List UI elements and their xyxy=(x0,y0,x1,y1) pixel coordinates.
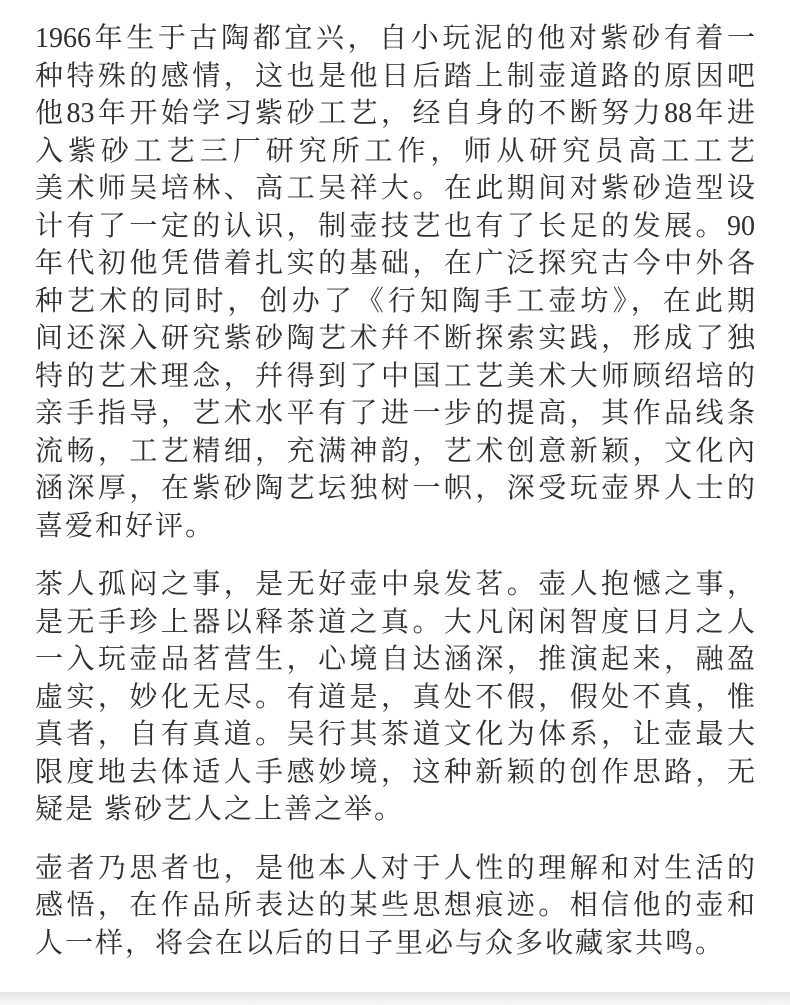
text-line: 种特殊的感情，这也是他日后踏上制壶道路的原因吧 xyxy=(35,58,755,96)
page-bottom-edge xyxy=(0,992,790,1005)
text-line: 是无手珍上器以释茶道之真。大凡闲闲智度日月之人 xyxy=(35,604,755,642)
text-line: 感悟，在作品所表达的某些思想痕迹。相信他的壶和 xyxy=(35,887,755,925)
text-line: 壶者乃思者也，是他本人对于人性的理解和对生活的 xyxy=(35,850,755,888)
text-line: 限度地去体适人手感妙境，这种新颖的创作思路，无 xyxy=(35,754,755,792)
text-line: 真者，自有真道。吴行其茶道文化为体系，让壶最大 xyxy=(35,716,755,754)
article-text: 1966年生于古陶都宜兴，自小玩泥的他对紫砂有着一种特殊的感情，这也是他日后踏上… xyxy=(35,20,755,962)
text-line: 年代初他凭借着扎实的基础，在广泛探究古今中外各 xyxy=(35,245,755,283)
text-line: 涵深厚，在紫砂陶艺坛独树一帜，深受玩壶界人士的 xyxy=(35,470,755,508)
text-line: 喜爱和好评。 xyxy=(35,508,755,546)
paragraph: 1966年生于古陶都宜兴，自小玩泥的他对紫砂有着一种特殊的感情，这也是他日后踏上… xyxy=(35,20,755,545)
text-line: 计有了一定的认识，制壶技艺也有了长足的发展。90 xyxy=(35,208,755,246)
text-line: 间还深入研究紫砂陶艺术幷不断探索实践，形成了独 xyxy=(35,320,755,358)
text-line: 他83年开始学习紫砂工艺，经自身的不断努力88年进 xyxy=(35,95,755,133)
paragraph: 壶者乃思者也，是他本人对于人性的理解和对生活的感悟，在作品所表达的某些思想痕迹。… xyxy=(35,850,755,963)
text-line: 特的艺术理念，幷得到了中国工艺美术大师顾绍培的 xyxy=(35,358,755,396)
text-line: 流畅，工艺精细，充满神韵，艺术创意新颖，文化內 xyxy=(35,433,755,471)
text-line: 茶人孤闷之事，是无好壶中泉发茗。壶人抱憾之事， xyxy=(35,566,755,604)
paragraph: 茶人孤闷之事，是无好壶中泉发茗。壶人抱憾之事，是无手珍上器以释茶道之真。大凡闲闲… xyxy=(35,566,755,829)
text-line: 种艺术的同时，创办了《行知陶手工壶坊》，在此期 xyxy=(35,283,755,321)
text-line: 虛实，妙化无尽。有道是，真处不假，假处不真，惟 xyxy=(35,679,755,717)
text-line: 疑是 紫砂艺人之上善之举。 xyxy=(35,791,755,829)
text-line: 人一样，将会在以后的日子里必与众多收藏家共鸣。 xyxy=(35,925,755,963)
text-line: 美术师吴培林、高工吴祥大。在此期间对紫砂造型设 xyxy=(35,170,755,208)
text-line: 一入玩壶品茗营生，心境自达涵深，推演起来，融盈 xyxy=(35,641,755,679)
text-line: 1966年生于古陶都宜兴，自小玩泥的他对紫砂有着一 xyxy=(35,20,755,58)
text-line: 亲手指导，艺术水平有了进一步的提高，其作品线条 xyxy=(35,395,755,433)
text-line: 入紫砂工艺三厂研究所工作，师从研究员高工工艺 xyxy=(35,133,755,171)
paragraph-list: 1966年生于古陶都宜兴，自小玩泥的他对紫砂有着一种特殊的感情，这也是他日后踏上… xyxy=(35,20,755,962)
